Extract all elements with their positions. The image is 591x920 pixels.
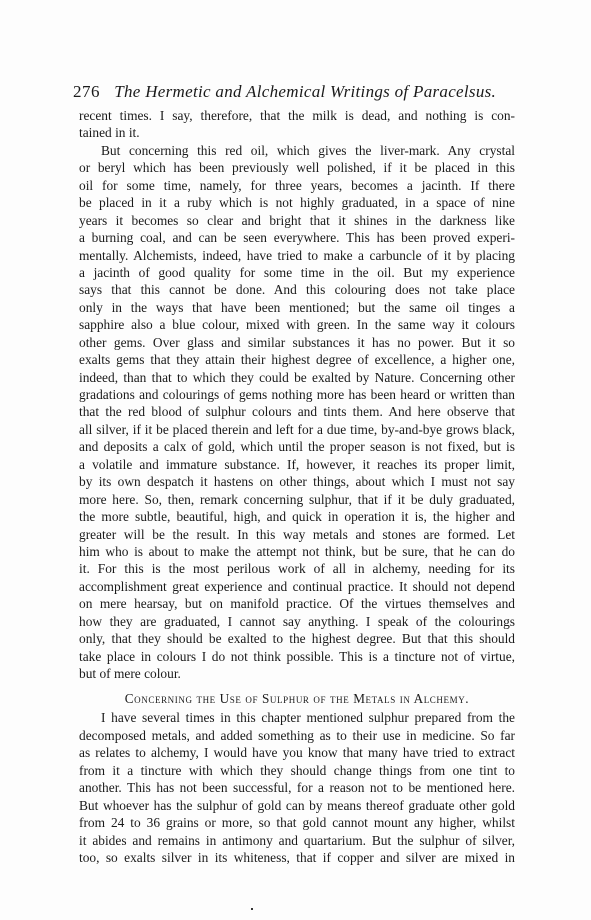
section-heading: Concerning the Use of Sulphur of the Met…: [79, 682, 515, 709]
text-line: I have several times in this chapter men…: [79, 709, 515, 726]
printer-mark: [251, 908, 253, 910]
text-line: all silver, if it be placed therein and …: [79, 421, 515, 438]
running-head: 276 The Hermetic and Alchemical Writings…: [73, 82, 533, 102]
text-line: how they are graduated, I cannot say any…: [79, 613, 515, 630]
text-line: or beryl which has been previously well …: [79, 159, 515, 176]
text-line: mentally. Alchemists, indeed, have tried…: [79, 247, 515, 264]
text-line: from 24 to 36 grains or more, so that go…: [79, 814, 515, 831]
text-line: only in the ways that have been mentione…: [79, 299, 515, 316]
text-line: gradations and colourings of gems nothin…: [79, 386, 515, 403]
text-line: exalts gems that they attain their highe…: [79, 351, 515, 368]
text-line: But concerning this red oil, which gives…: [79, 142, 515, 159]
text-line: from it a tincture with which they shoul…: [79, 762, 515, 779]
text-line: indeed, than that to which they could be…: [79, 369, 515, 386]
text-line: accomplishment great experience and cont…: [79, 578, 515, 595]
text-line: a volatile and immature substance. If, h…: [79, 456, 515, 473]
text-line: But whoever has the sulphur of gold can …: [79, 797, 515, 814]
text-line: more here. So, then, remark concerning s…: [79, 491, 515, 508]
text-line: as relates to alchemy, I would have you …: [79, 744, 515, 761]
text-line: that the red blood of sulphur colours an…: [79, 403, 515, 420]
text-line: but of mere colour.: [79, 665, 515, 682]
text-line: and deposits a calx of gold, which until…: [79, 438, 515, 455]
text-line: greater will be the result. In this way …: [79, 526, 515, 543]
text-line: oil for some time, namely, for three yea…: [79, 177, 515, 194]
text-line: by its own despatch it hastens on other …: [79, 473, 515, 490]
text-line: a burning coal, and can be seen everywhe…: [79, 229, 515, 246]
text-line: it. For this is the most perilous work o…: [79, 560, 515, 577]
page-number: 276: [73, 82, 100, 101]
text-line: the more subtle, beautiful, high, and qu…: [79, 508, 515, 525]
book-page: 276 The Hermetic and Alchemical Writings…: [0, 0, 591, 920]
text-line: says that this cannot be done. And this …: [79, 281, 515, 298]
text-line: other gems. Over glass and similar subst…: [79, 334, 515, 351]
text-line: only, that they should be exalted to the…: [79, 630, 515, 647]
book-title: The Hermetic and Alchemical Writings of …: [114, 82, 496, 101]
body-text: recent times. I say, therefore, that the…: [79, 107, 515, 866]
text-line: years it becomes so clear and bright tha…: [79, 212, 515, 229]
text-line: another. This has not been successful, f…: [79, 779, 515, 796]
text-line: decomposed metals, and added something a…: [79, 727, 515, 744]
text-line: him who is about to make the attempt not…: [79, 543, 515, 560]
text-line: tained in it.: [79, 124, 515, 141]
text-line: a jacinth of good quality for some time …: [79, 264, 515, 281]
text-line: take place in colours I do not think pos…: [79, 648, 515, 665]
text-line: recent times. I say, therefore, that the…: [79, 107, 515, 124]
text-line: be placed in it a ruby which is not high…: [79, 194, 515, 211]
text-line: on mere hearsay, but on manifold practic…: [79, 595, 515, 612]
text-line: it abides and remains in antimony and qu…: [79, 832, 515, 849]
text-line: too, so exalts silver in its whiteness, …: [79, 849, 515, 866]
text-line: sapphire also a blue colour, mixed with …: [79, 316, 515, 333]
